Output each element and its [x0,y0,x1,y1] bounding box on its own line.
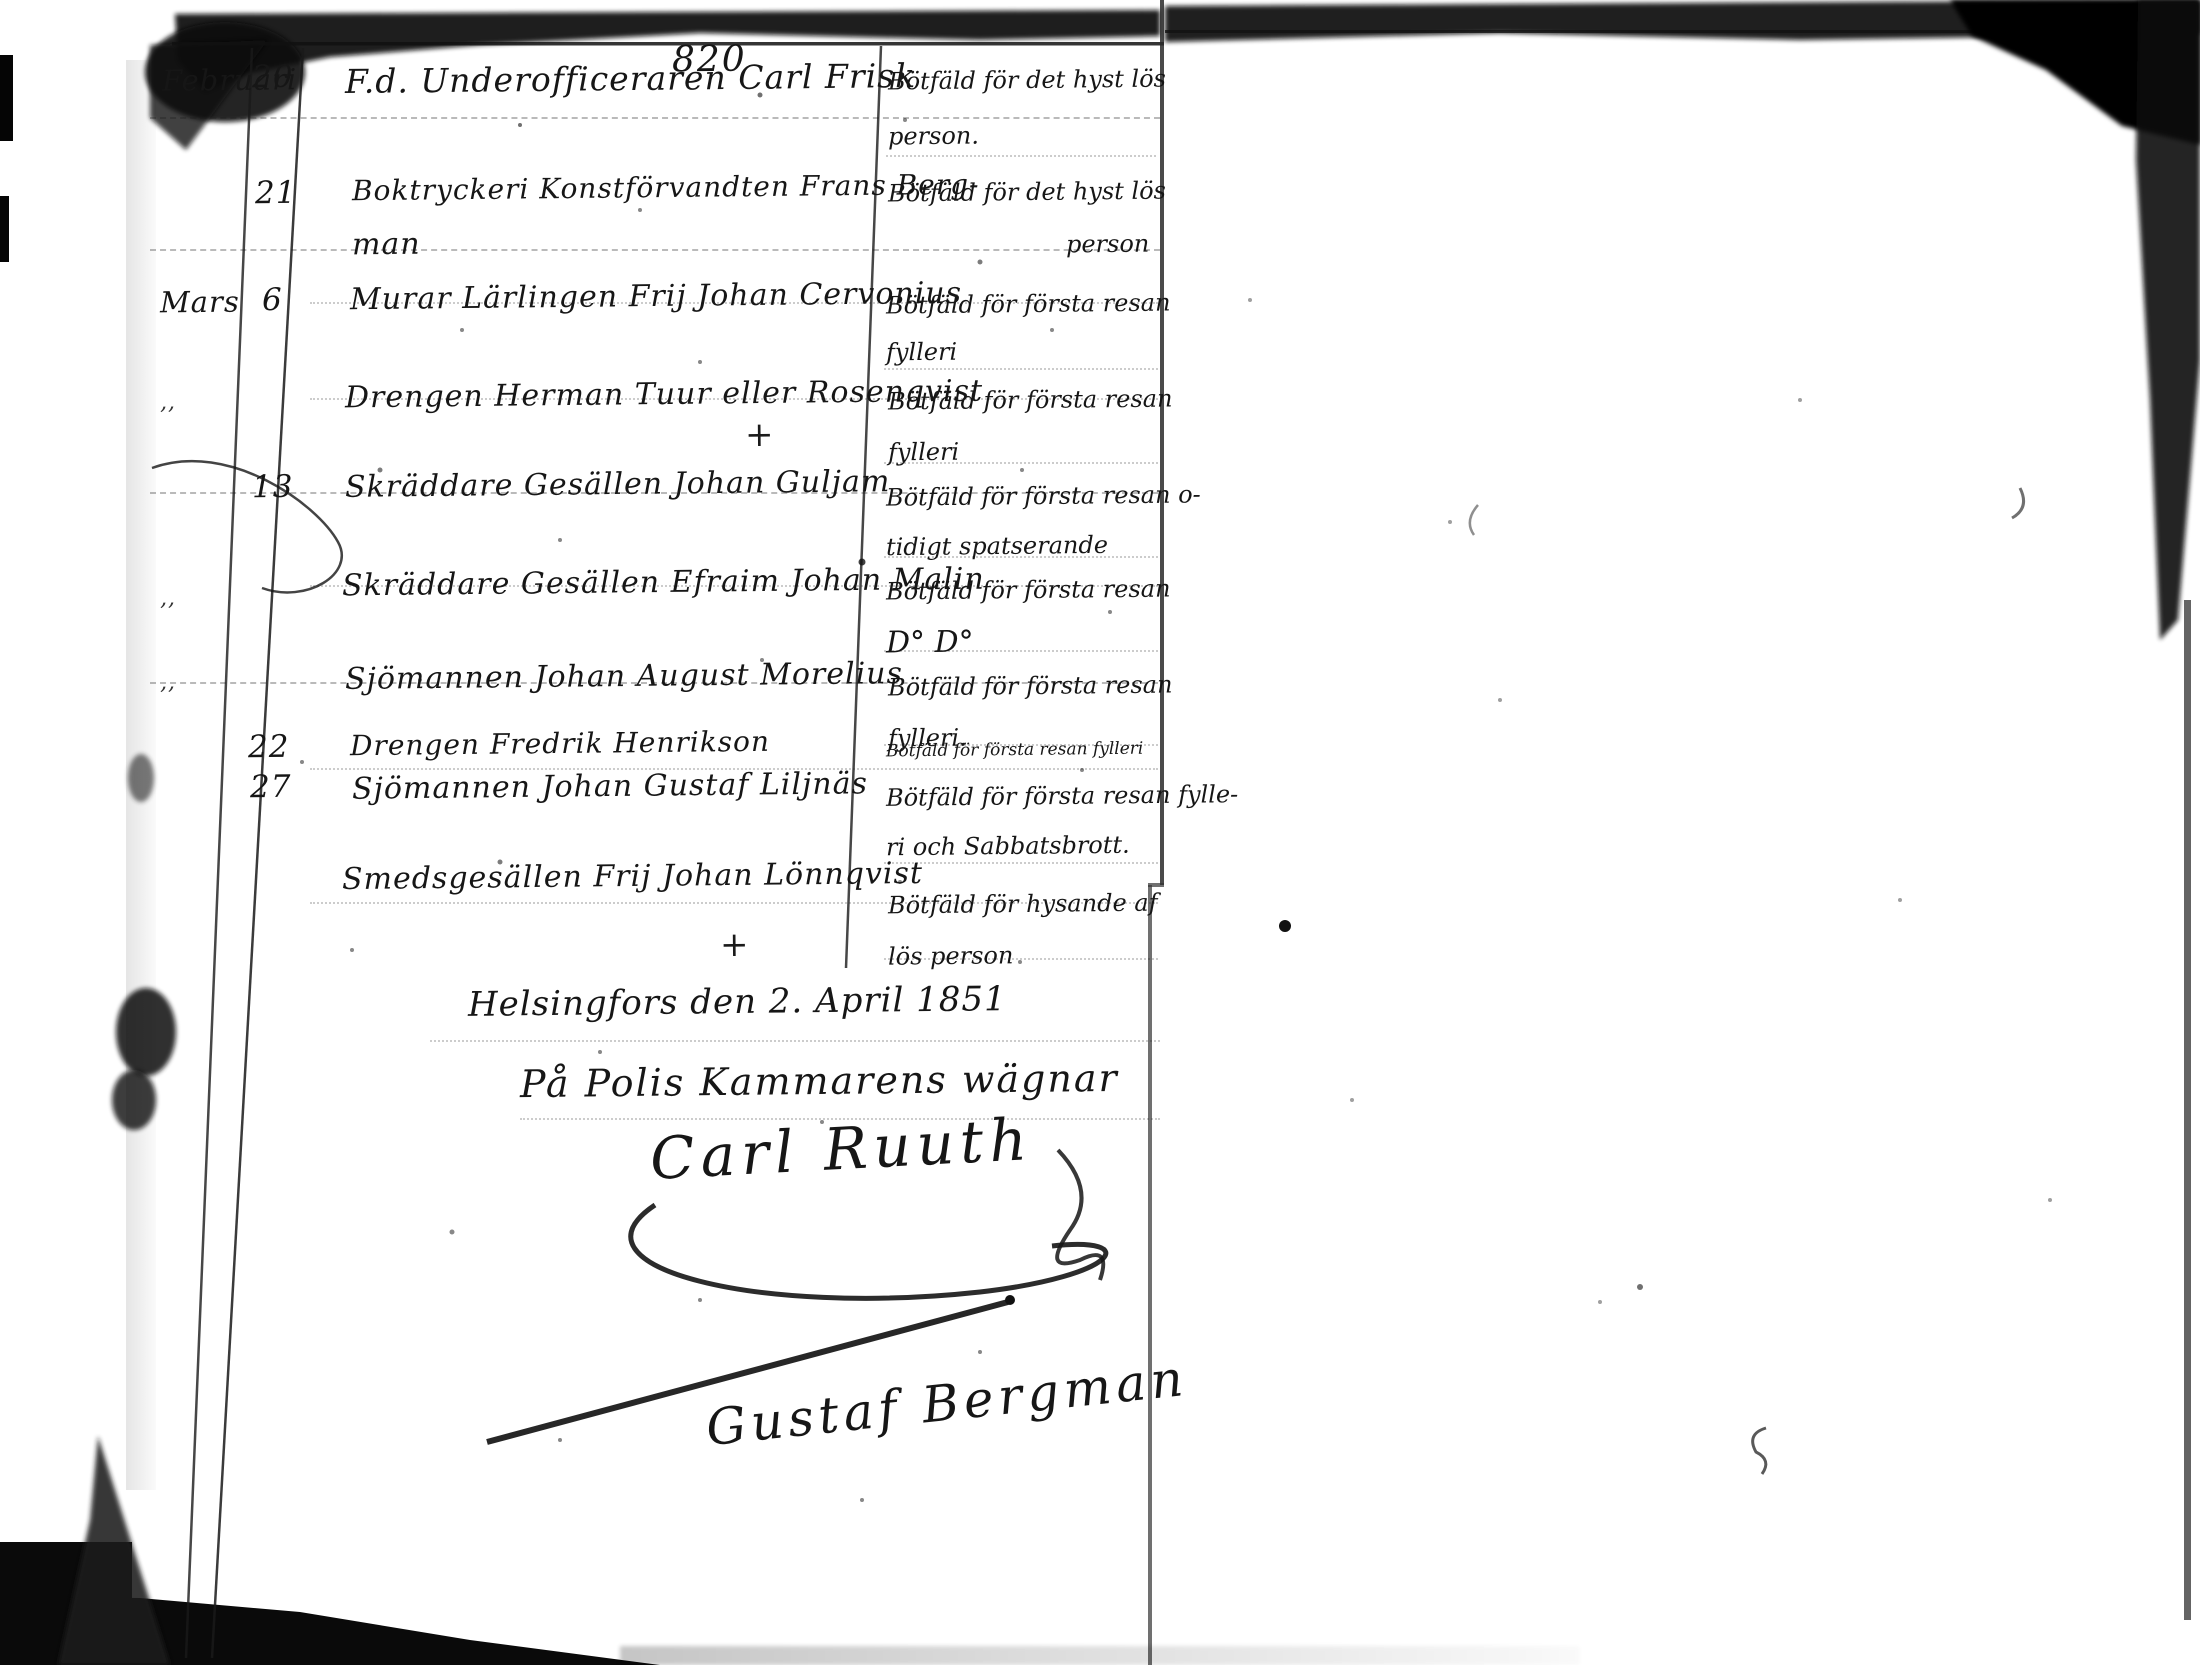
bottom-left-corner-smudge [0,1436,660,1665]
ruled-line [884,368,1158,370]
cross-mark: + [745,418,775,452]
footer-authority-line: På Polis Kammarens wägnar [520,1059,1119,1103]
entry-day: 21 [255,178,297,209]
entry-name: Sjömannen Johan August Morelius [345,659,903,695]
ruled-line [150,117,1160,119]
ditto-mark: ,, [160,392,176,414]
ruled-line [150,249,1160,251]
entry-name: Murar Lärlingen Frij Johan Cervonius [350,279,962,315]
entry-judgment-line2: lös person [888,943,1014,968]
entry-judgment-line1: Bötfäld för första resan fylleri [886,741,1143,761]
entry-judgment-line2: tidigt spatserande [886,533,1108,559]
entry-name-continued: man [352,230,421,261]
entry-name: Smedsgesällen Frij Johan Lönnqvist [342,859,923,895]
entry-day: 22 [248,732,290,763]
entry-day: 27 [250,772,292,803]
bottom-edge-shading [620,1646,1580,1665]
entry-name: Drengen Fredrik Henrikson [350,728,770,760]
entry-judgment-line1: Bötfäld för första resan [886,291,1171,318]
ruled-line [430,1040,1160,1042]
entry-name: Sjömannen Johan Gustaf Liljnäs [352,769,868,804]
ruled-line [886,155,1156,157]
entry-judgment-line1: Bötfäld för första resan [888,673,1173,700]
entry-judgment-line1: Bötfäld för första resan [888,387,1173,414]
table-top-rule [172,42,1164,46]
entry-day: 6 [262,285,283,316]
ditto-mark: ,, [160,672,176,694]
cross-mark: + [720,928,750,962]
entry-name: Boktryckeri Konstförvandten Frans Berg- [352,171,980,206]
entry-day: 13 [252,472,294,503]
page-edge-shading [126,60,156,1490]
footer-place-date: Helsingfors den 2. April 1851 [468,982,1007,1022]
entry-name: Skräddare Gesällen Johan Guljam [345,467,891,503]
entry-judgment-line2: person. [888,124,979,149]
entry-judgment-line2: fylleri [886,340,957,365]
entry-judgment-line1: Bötfäld för det hyst lös [888,179,1166,206]
entry-day: 20 [252,62,294,93]
entry-judgment-line1: Bötfäld för första resan fylle- [886,782,1238,810]
scanned-ledger-page: 820 Februari 20 F.d. Underofficeraren Ca… [0,0,2200,1665]
entry-judgment-line1: Bötfäld för första resan [886,577,1171,604]
ditto-mark: ,, [160,588,176,610]
entry-month: Mars [160,288,240,318]
entry-judgment-line2: person [1066,232,1150,257]
entry-judgment-line1: Bötfäld för det hyst lös [888,67,1166,94]
entry-name: F.d. Underofficeraren Carl Frisk [345,59,916,98]
entry-judgment-line1: Bötfäld för första resan o- [886,482,1201,509]
entry-judgment-line2: D° D° [886,628,974,659]
entry-judgment-line2: fylleri [888,440,959,465]
entry-judgment-line1: Bötfäld för hysande af [888,891,1158,918]
top-edge-smudge-right [1165,0,2200,1620]
ruled-line [884,862,1158,864]
